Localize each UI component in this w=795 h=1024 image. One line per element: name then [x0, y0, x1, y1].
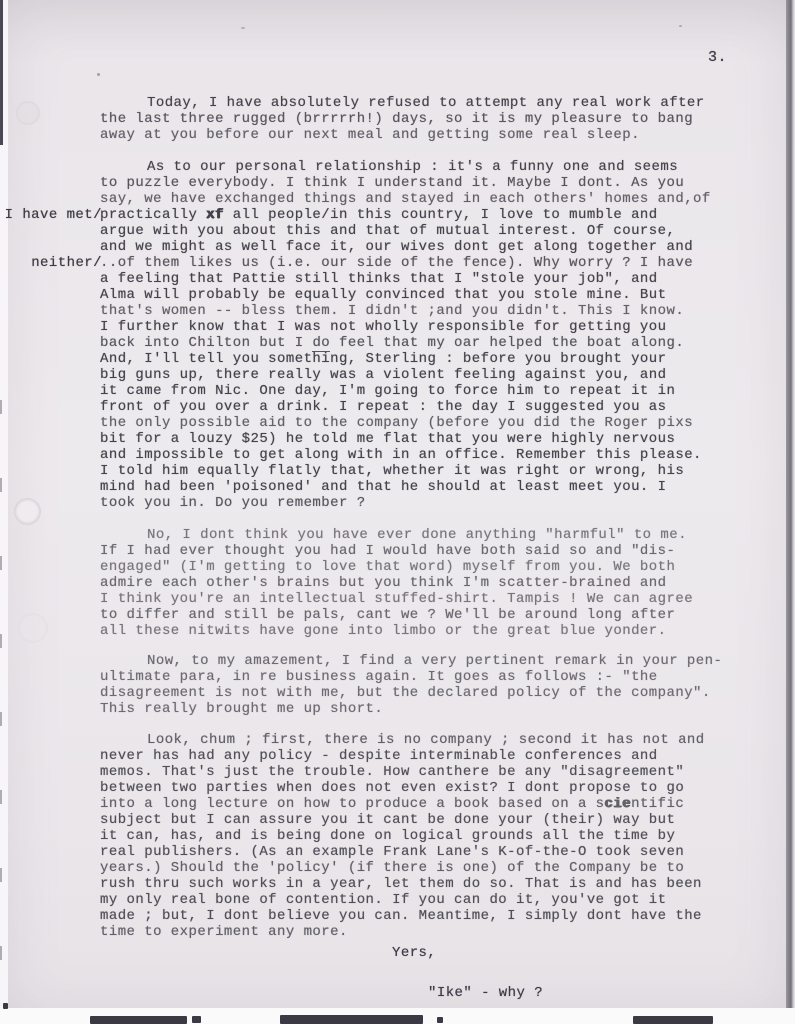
letter-line: As to our personal relationship : it's a…	[100, 159, 740, 175]
next-page-mark	[437, 1017, 443, 1023]
letter-line: all these nitwits have gone into limbo o…	[100, 623, 740, 639]
letter-line: real publishers. (As an example Frank La…	[100, 844, 740, 860]
letter-line: back into Chilton but I do feel that my …	[100, 335, 740, 351]
letter-line: bit for a louzy $25) he told me flat tha…	[100, 431, 740, 447]
paper-speck	[97, 73, 100, 76]
letter-line: that's women -- bless them. I didn't ;an…	[100, 303, 740, 319]
punch-hole	[14, 498, 41, 525]
scan-corner-mark	[3, 1003, 8, 1009]
next-page-mark	[192, 1016, 201, 1023]
letter-line: the last three rugged (brrrrrh!) days, s…	[100, 111, 740, 127]
scanned-letter-page: 3. Today, I have absolutely refused to a…	[0, 0, 795, 1024]
letter-line: If I had ever thought you had I would ha…	[100, 543, 740, 559]
paper-speck	[679, 25, 682, 27]
letter-line: mind had been 'poisoned' and that he sho…	[100, 479, 740, 495]
letter-line: ..of them likes us (i.e. our side of the…	[100, 255, 740, 271]
letter-line: it came from Nic. One day, I'm going to …	[100, 383, 740, 399]
paragraph: Now, to my amazement, I find a very pert…	[100, 653, 740, 717]
letter-line: practically xf all people/in this countr…	[100, 207, 740, 223]
overstruck-chars: cie	[605, 796, 632, 812]
next-page-mark	[280, 1015, 423, 1024]
letter-line: it can, has, and is being done on logica…	[100, 828, 740, 844]
letter-line: This really brought me up short.	[100, 701, 740, 717]
letter-line: big guns up, there really was a violent …	[100, 367, 740, 383]
scan-edge-right	[786, 0, 795, 1010]
letter-line: Now, to my amazement, I find a very pert…	[100, 653, 740, 669]
letter-line: I think you're an intellectual stuffed-s…	[100, 591, 740, 607]
letter-line: front of you over a drink. I repeat : th…	[100, 399, 740, 415]
letter-line: I further know that I was not wholly res…	[100, 319, 740, 335]
letter-line: between two parties when does not even e…	[100, 780, 740, 796]
margin-note: neither/	[31, 255, 102, 271]
punch-hole	[18, 613, 48, 643]
letter-line: away at you before our next meal and get…	[100, 127, 740, 143]
letter-line: admire each other's brains but you think…	[100, 575, 740, 591]
letter-line: And, I'll tell you something, Sterling :…	[100, 351, 740, 367]
page-number: 3.	[708, 50, 727, 66]
letter-line: say, we have exchanged things and stayed…	[100, 191, 740, 207]
letter-line: time to experiment any more.	[100, 924, 740, 940]
letter-line: into a long lecture on how to produce a …	[100, 796, 740, 812]
letter-line: and impossible to get along with in an o…	[100, 447, 740, 463]
overstruck-chars: xf	[206, 207, 224, 223]
signature-line: "Ike" - why ?	[428, 985, 543, 1001]
letter-line: No, I dont think you have ever done anyt…	[100, 527, 740, 543]
paragraph: Look, chum ; first, there is no company …	[100, 732, 740, 940]
letter-line: took you in. Do you remember ?	[100, 495, 740, 511]
letter-line: ultimate para, in re business again. It …	[100, 669, 740, 685]
paragraph: No, I dont think you have ever done anyt…	[100, 527, 740, 639]
letter-line: the only possible aid to the company (be…	[100, 415, 740, 431]
paragraph: Today, I have absolutely refused to atte…	[100, 95, 740, 143]
letter-line: to differ and still be pals, cant we ? W…	[100, 607, 740, 623]
paper-speck	[241, 27, 245, 29]
letter-line: to puzzle everybody. I think I understan…	[100, 175, 740, 191]
letter-line: made ; but, I dont believe you can. Mean…	[100, 908, 740, 924]
letter-line: rush thru such works in a year, let them…	[100, 876, 740, 892]
next-page-mark	[90, 1016, 187, 1024]
scan-edge-left-dark	[0, 0, 3, 145]
margin-note: I have met/	[5, 207, 102, 223]
next-page-mark	[633, 1016, 713, 1024]
paragraph: As to our personal relationship : it's a…	[100, 159, 740, 511]
underlined-word: do	[312, 335, 330, 352]
letter-line: Look, chum ; first, there is no company …	[100, 732, 740, 748]
letter-line: I told him equally flatly that, whether …	[100, 463, 740, 479]
scan-edge-left-dashes	[0, 400, 2, 1010]
letter-line: argue with you about this and that of mu…	[100, 223, 740, 239]
letter-line: subject but I can assure you it cant be …	[100, 812, 740, 828]
closing-salutation: Yers,	[392, 945, 436, 961]
letter-line: memos. That's just the trouble. How cant…	[100, 764, 740, 780]
letter-line: engaged" (I'm getting to love that word)…	[100, 559, 740, 575]
letter-line: never has had any policy - despite inter…	[100, 748, 740, 764]
letter-line: and we might as well face it, our wives …	[100, 239, 740, 255]
letter-line: disagreement is not with me, but the dec…	[100, 685, 740, 701]
letter-line: Today, I have absolutely refused to atte…	[100, 95, 740, 111]
letter-line: Alma will probably be equally convinced …	[100, 287, 740, 303]
letter-line: a feeling that Pattie still thinks that …	[100, 271, 740, 287]
letter-line: my only real bone of contention. If you …	[100, 892, 740, 908]
letter-line: years.) Should the 'policy' (if there is…	[100, 860, 740, 876]
punch-hole	[16, 101, 40, 125]
